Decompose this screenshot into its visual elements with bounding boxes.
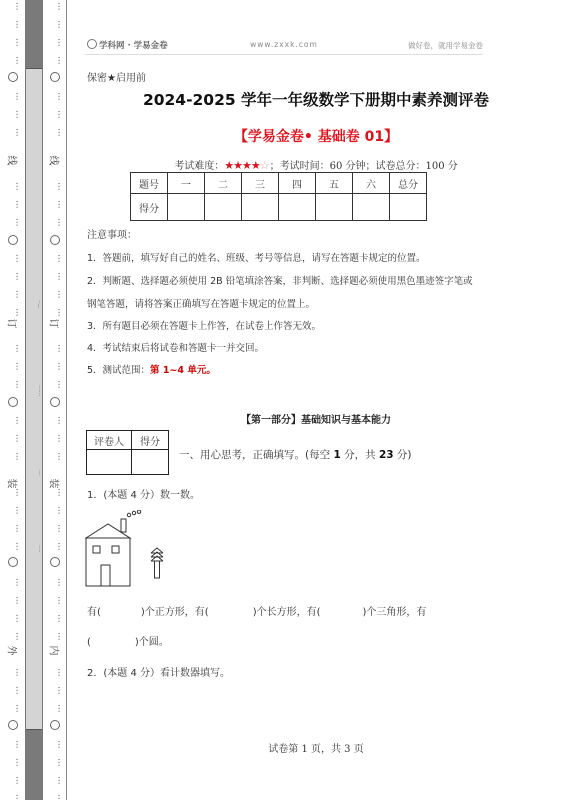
binding-dots: ···: [48, 92, 62, 101]
binding-dots: ···: [48, 128, 62, 137]
score-header-cell: 五: [316, 173, 353, 194]
binding-dots: ···: [6, 272, 20, 281]
notes-title: 注意事项：: [87, 226, 137, 241]
grader-name-cell[interactable]: [87, 450, 132, 475]
binding-circle-icon: [50, 557, 60, 567]
binding-label: 订: [48, 317, 63, 331]
binding-dots: ···: [48, 614, 62, 623]
binding-label: 线: [48, 154, 63, 168]
score-cell[interactable]: [353, 194, 390, 221]
grader-header-cell: 得分: [132, 431, 169, 450]
fill-text: )个圆。: [135, 637, 169, 648]
score-cell[interactable]: [316, 194, 353, 221]
binding-dots: ···: [48, 794, 62, 800]
house-and-tree-figure: [85, 510, 185, 590]
binding-dots: ···: [48, 344, 62, 353]
binding-dots: ···: [48, 110, 62, 119]
binding-dots: ···: [48, 20, 62, 29]
binding-dots: ···: [6, 2, 20, 11]
smoke-circle: [132, 511, 135, 514]
binding-dots: ···: [48, 308, 62, 317]
note-item: 钢笔答题，请将答案正确填写在答题卡规定的位置上。: [87, 296, 315, 310]
binding-dots: ···: [6, 542, 20, 551]
part-one-text: 一、用心思考，正确填写。(每空: [179, 449, 333, 461]
binding-dots: ···: [6, 290, 20, 299]
binding-dots: ···: [48, 254, 62, 263]
part-one-each-score: 1: [333, 449, 340, 461]
confidential-label: 保密★启用前: [87, 69, 146, 84]
note-item-range: 5．测试范围：第 1~4 单元。: [87, 362, 216, 376]
grader-table: 评卷人 得分: [86, 430, 169, 475]
binding-label: 外: [6, 644, 21, 658]
binding-dots: ···: [6, 434, 20, 443]
note-item: 4．考试结束后将试卷和答题卡一并交回。: [87, 340, 264, 354]
binding-dots: ···: [6, 758, 20, 767]
binding-label: 线: [6, 154, 21, 168]
binding-dots: ···: [6, 344, 20, 353]
binding-dots: ···: [6, 524, 20, 533]
part-one-heading: 一、用心思考，正确填写。(每空 1 分，共 23 分): [179, 447, 412, 462]
binding-dots: ···: [48, 290, 62, 299]
binding-dots: ···: [48, 524, 62, 533]
binding-circle-icon: [8, 72, 18, 82]
binding-circle-icon: [8, 397, 18, 407]
score-header-cell: 题号: [131, 173, 168, 194]
note-range-value: 第 1~4 单元。: [150, 365, 216, 376]
binding-dots: ···: [6, 596, 20, 605]
fill-text: 有(: [87, 607, 101, 618]
score-cell[interactable]: [242, 194, 279, 221]
binding-faint-label: ······: [26, 385, 42, 396]
grader-score-cell[interactable]: [132, 450, 169, 475]
binding-dots: ···: [6, 380, 20, 389]
binding-faint-label: ··--: [26, 300, 42, 308]
grader-header-row: 评卷人 得分: [87, 431, 169, 450]
score-header-cell: 总分: [390, 173, 427, 194]
binding-dots: ···: [6, 182, 20, 191]
binding-dots: ···: [6, 704, 20, 713]
binding-dots: ···: [48, 668, 62, 677]
binding-circle-icon: [8, 557, 18, 567]
score-header-cell: 四: [279, 173, 316, 194]
smoke-circle: [137, 510, 140, 513]
chimney-rectangle: [121, 519, 126, 532]
grader-header-cell: 评卷人: [87, 431, 132, 450]
house-body-rectangle: [86, 538, 130, 586]
score-header-cell: 二: [205, 173, 242, 194]
score-table-header-row: 题号 一 二 三 四 五 六 总分: [131, 173, 427, 194]
binding-circle-icon: [50, 720, 60, 730]
house-window-square: [112, 546, 119, 553]
binding-dots: ···: [6, 56, 20, 65]
grader-body-row: [87, 450, 169, 475]
binding-dots: ···: [6, 668, 20, 677]
question-1-fill-line-2: ()个圆。: [87, 633, 169, 648]
binding-label: 装: [6, 477, 21, 491]
binding-dots: ···: [6, 794, 20, 800]
question-1-label: 1．(本题 4 分）数一数。: [87, 486, 200, 501]
exam-info: 考试难度：★★★★☆；考试时间：60 分钟；试卷总分：100 分: [67, 157, 565, 172]
fill-text: )个三角形，有: [363, 607, 427, 618]
binding-dots: ···: [6, 506, 20, 515]
binding-dots: ···: [6, 254, 20, 263]
binding-dots: ···: [48, 416, 62, 425]
binding-faint-label: ····: [26, 545, 42, 553]
part-one-text: 分): [394, 449, 412, 461]
binding-dots: ···: [48, 632, 62, 641]
binding-dots: ···: [6, 362, 20, 371]
binding-dots: ···: [6, 38, 20, 47]
score-table: 题号 一 二 三 四 五 六 总分 得分: [130, 172, 427, 221]
binding-circle-icon: [50, 397, 60, 407]
binding-inner-column: ········································…: [48, 0, 62, 800]
binding-dots: ···: [6, 110, 20, 119]
fill-text: )个长方形，有(: [253, 607, 321, 618]
binding-dots: ···: [6, 686, 20, 695]
page-header: 学科网 · 学易金卷 www.zxxk.com 做好卷，就用学易金卷: [85, 38, 483, 55]
binding-circle-icon: [8, 235, 18, 245]
binding-dots: ···: [48, 506, 62, 515]
difficulty-star-empty-icon: ☆: [260, 159, 270, 172]
exam-page: 学科网 · 学易金卷 www.zxxk.com 做好卷，就用学易金卷 保密★启用…: [67, 0, 565, 800]
binding-dots: ···: [48, 56, 62, 65]
note-item: 3．所有题目必须在答题卡上作答，在试卷上作答无效。: [87, 318, 321, 332]
page-footer: 试卷第 1 页，共 3 页: [67, 740, 565, 755]
binding-dots: ···: [6, 128, 20, 137]
exam-time-and-score: ；考试时间：60 分钟；试卷总分：100 分: [270, 161, 458, 172]
fill-text: )个正方形，有(: [141, 607, 209, 618]
binding-dots: ···: [6, 20, 20, 29]
page-subtitle: 【学易金卷• 基础卷 01】: [67, 126, 565, 146]
binding-label: 装: [48, 477, 63, 491]
page-title: 2024-2025 学年一年级数学下册期中素养测评卷: [67, 88, 565, 110]
binding-dots: ···: [6, 740, 20, 749]
binding-dots: ···: [48, 452, 62, 461]
part-one-total-score: 23: [379, 449, 394, 461]
binding-dots: ···: [6, 632, 20, 641]
difficulty-stars-filled-icon: ★★★★: [224, 159, 259, 172]
question-2-label: 2．(本题 4 分）看计数器填写。: [87, 664, 230, 679]
binding-dots: ···: [48, 272, 62, 281]
binding-dots: ···: [6, 776, 20, 785]
section-title: 【第一部分】基础知识与基本能力: [67, 411, 565, 426]
binding-faint-label: ···: [26, 470, 42, 476]
binding-bar-dark-top: [26, 0, 42, 69]
binding-dots: ···: [6, 578, 20, 587]
question-1-fill-line-1: 有()个正方形，有()个长方形，有()个三角形，有: [87, 603, 426, 618]
score-header-cell: 一: [168, 173, 205, 194]
binding-dots: ···: [48, 596, 62, 605]
score-cell[interactable]: [168, 194, 205, 221]
score-cell[interactable]: [279, 194, 316, 221]
binding-dots: ···: [6, 92, 20, 101]
binding-dots: ···: [6, 452, 20, 461]
binding-dots: ···: [48, 704, 62, 713]
binding-label: 订: [6, 317, 21, 331]
binding-dots: ···: [48, 776, 62, 785]
smoke-circle: [127, 513, 130, 516]
binding-dots: ···: [48, 38, 62, 47]
binding-dots: ···: [48, 200, 62, 209]
binding-gray-bar: ··-- ······ ··· ····: [25, 0, 43, 800]
binding-dots: ···: [48, 380, 62, 389]
binding-circle-icon: [50, 72, 60, 82]
binding-dots: ···: [6, 308, 20, 317]
binding-outer-column: ········································…: [6, 0, 20, 800]
binding-dots: ···: [48, 686, 62, 695]
fill-text: (: [87, 637, 91, 648]
binding-dots: ···: [48, 542, 62, 551]
binding-bar-dark-bottom: [26, 729, 42, 800]
score-header-cell: 三: [242, 173, 279, 194]
score-row-label: 得分: [131, 194, 168, 221]
house-window-square: [93, 546, 100, 553]
binding-margin: ········································…: [0, 0, 66, 800]
house-door-rectangle: [101, 565, 110, 586]
binding-dots: ···: [48, 2, 62, 11]
score-cell[interactable]: [205, 194, 242, 221]
note-item: 1．答题前，填写好自己的姓名、班级、考号等信息，请写在答题卡规定的位置。: [87, 250, 426, 264]
score-header-cell: 六: [353, 173, 390, 194]
note-range-label: 5．测试范围：: [87, 365, 150, 376]
binding-dots: ···: [48, 758, 62, 767]
tree-trunk-rectangle: [155, 561, 160, 578]
binding-dots: ···: [48, 182, 62, 191]
header-slogan: 做好卷，就用学易金卷: [408, 40, 483, 51]
binding-label: 内: [48, 644, 63, 658]
binding-dots: ···: [48, 434, 62, 443]
binding-dots: ···: [6, 218, 20, 227]
binding-dots: ···: [6, 614, 20, 623]
binding-dots: ···: [48, 362, 62, 371]
binding-dots: ···: [48, 578, 62, 587]
binding-dots: ···: [6, 416, 20, 425]
part-one-text: 分，共: [341, 449, 379, 461]
house-roof-triangle: [86, 524, 130, 538]
binding-dots: ···: [48, 218, 62, 227]
binding-circle-icon: [8, 720, 18, 730]
binding-dots: ···: [6, 200, 20, 209]
note-item: 2．判断题、选择题必须使用 2B 铅笔填涂答案，非判断、选择题必须使用黑色墨迹签…: [87, 273, 473, 287]
score-cell[interactable]: [390, 194, 427, 221]
binding-circle-icon: [50, 235, 60, 245]
difficulty-label: 考试难度：: [174, 161, 224, 172]
score-table-score-row: 得分: [131, 194, 427, 221]
binding-dots: ···: [48, 740, 62, 749]
